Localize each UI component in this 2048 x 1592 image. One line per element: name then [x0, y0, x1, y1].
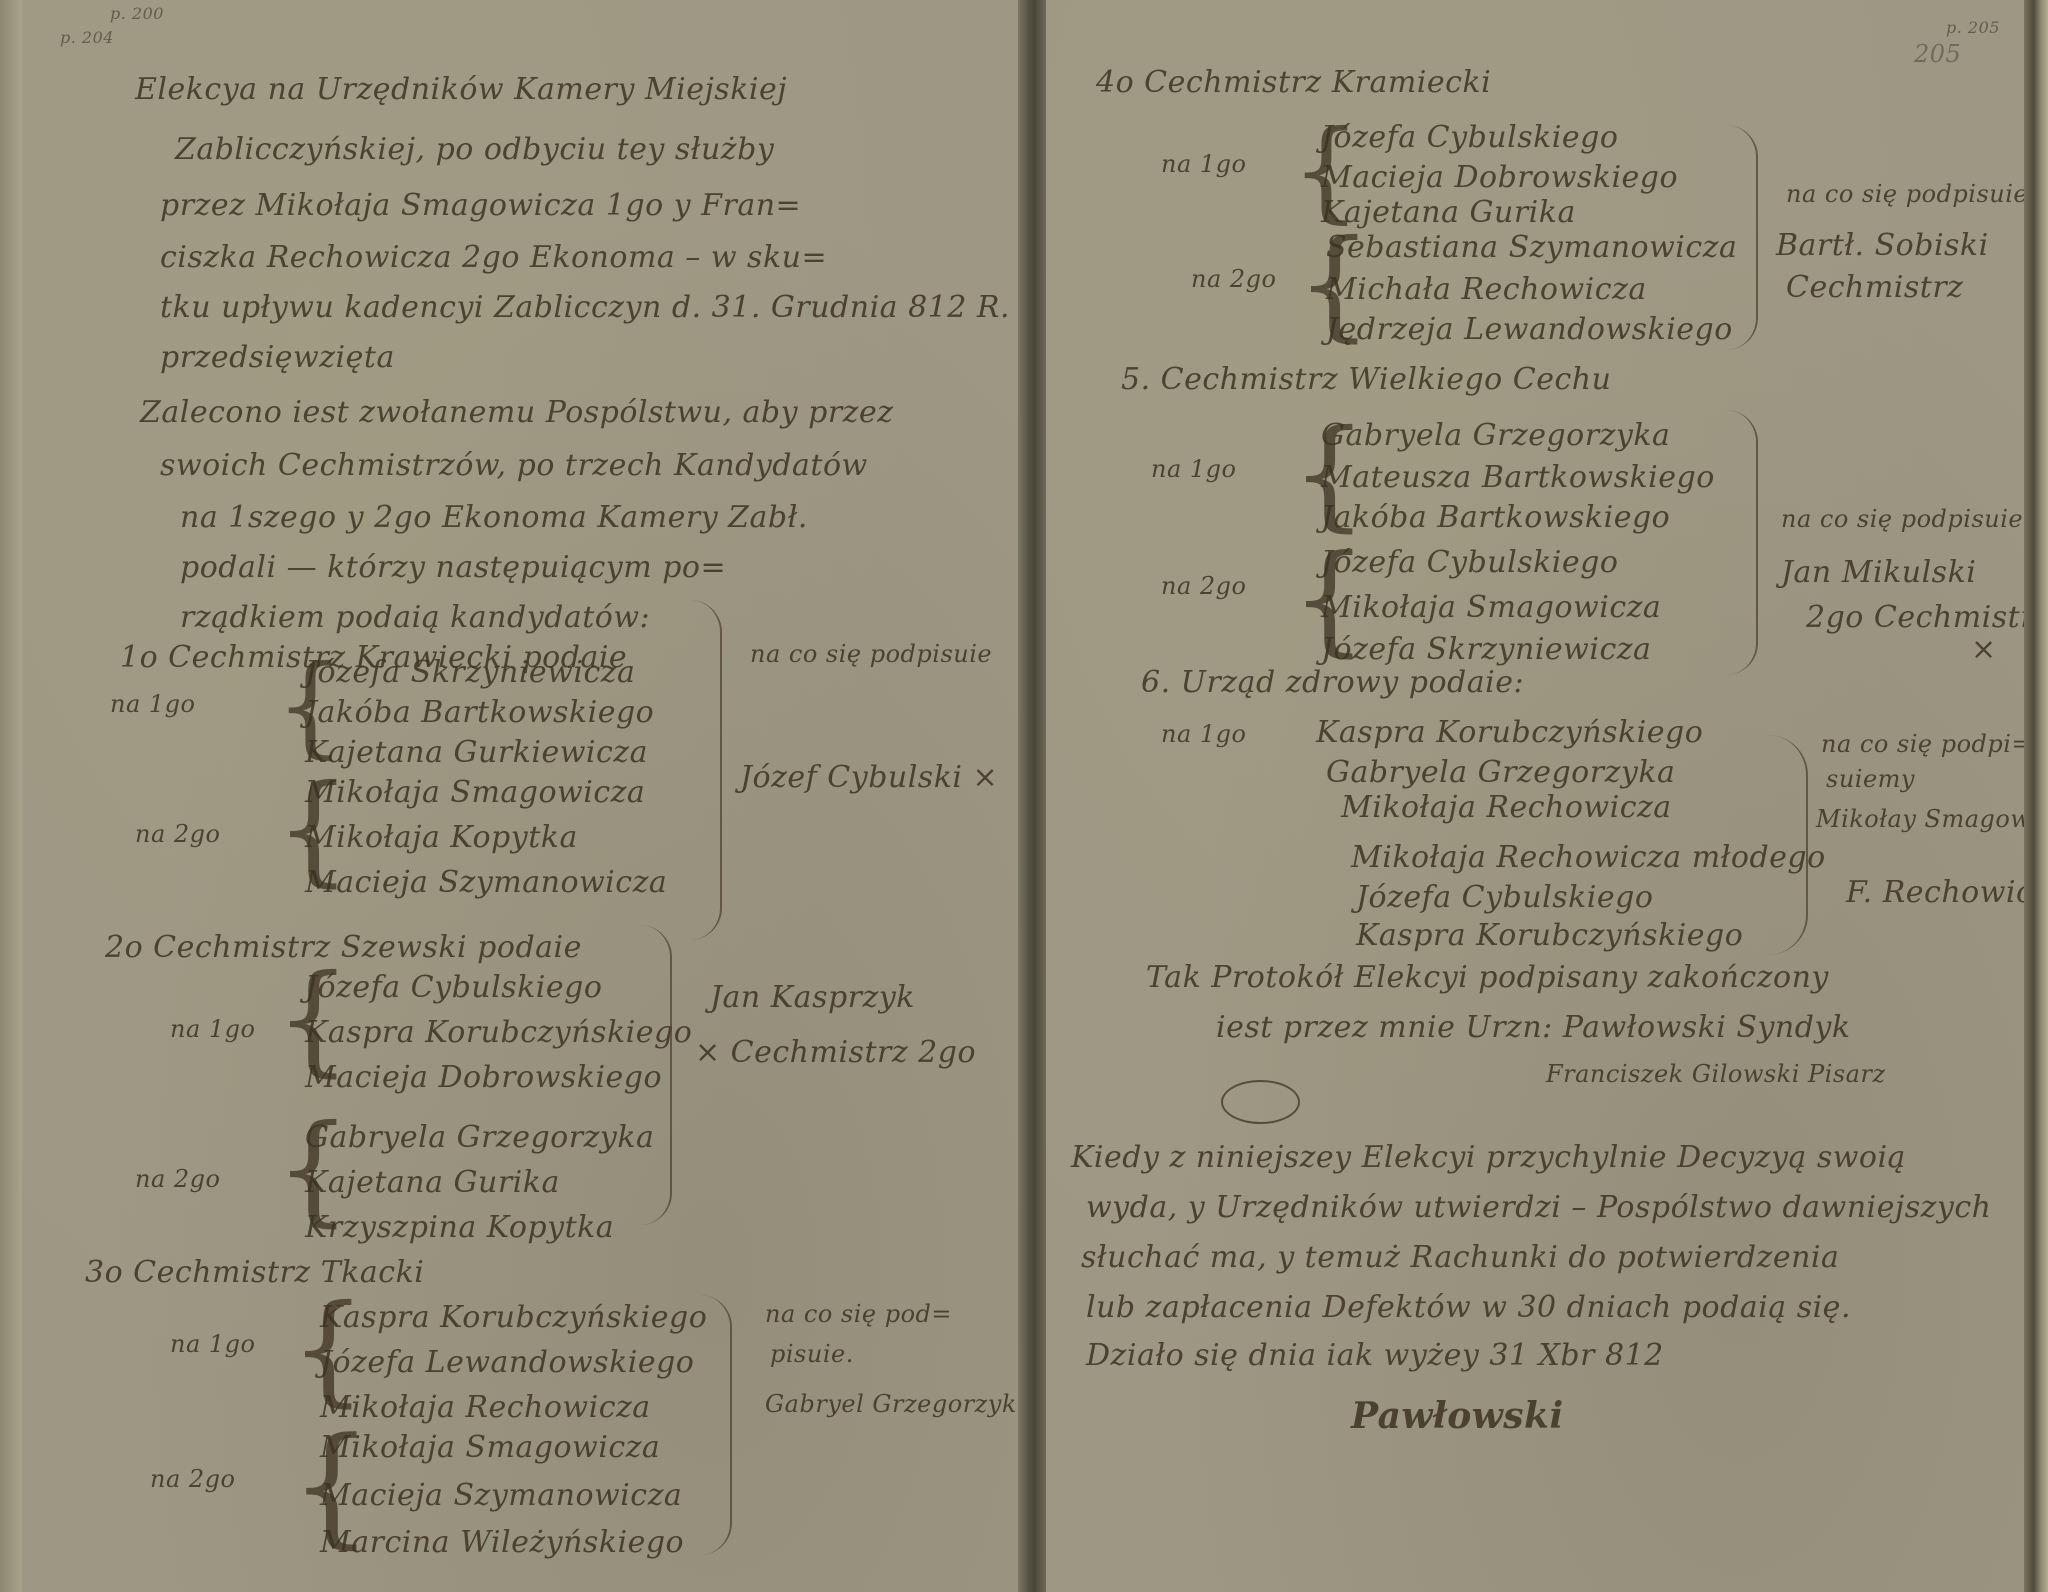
candidate-name: Sebastiana Szymanowicza — [1326, 230, 1737, 265]
candidate-name: Mikołaja Smagowicza — [305, 775, 645, 810]
bracket-right — [1766, 735, 1808, 955]
bracket-right — [690, 600, 722, 940]
candidate-name: Kaspra Korubczyńskiego — [1356, 918, 1743, 953]
signature-note: pisuie. — [770, 1340, 854, 1368]
candidate-name: Macieja Szymanowicza — [305, 865, 667, 900]
group-label: na 2go — [1161, 572, 1246, 600]
candidate-name: Józefa Skrzyniewicza — [1321, 632, 1651, 667]
candidate-name: Józefa Cybulskiego — [305, 970, 602, 1005]
candidate-name: Macieja Szymanowicza — [320, 1478, 682, 1513]
paragraph-line: na 1szego y 2go Ekonoma Kamery Zabł. — [180, 500, 808, 535]
signature: Jan Mikulski — [1781, 555, 1976, 590]
candidate-name: Kaspra Korubczyńskiego — [1316, 715, 1703, 750]
left-page: p. 200 p. 204 Elekcya na Urzędników Kame… — [0, 0, 1019, 1592]
candidate-name: Macieja Dobrowskiego — [1321, 160, 1678, 195]
group-label: na 1go — [1161, 720, 1246, 748]
signature: Jan Kasprzyk — [710, 980, 915, 1015]
left-page-edge — [0, 0, 22, 1592]
open-manuscript-book: p. 200 p. 204 Elekcya na Urzędników Kame… — [0, 0, 2048, 1592]
candidate-name: Józefa Cybulskiego — [1321, 120, 1618, 155]
final-paragraph-line: Kiedy z niniejszey Elekcyi przychylnie D… — [1071, 1140, 1906, 1175]
page-number: 205 — [1914, 40, 1961, 68]
flourish-mark — [1221, 1080, 1300, 1124]
closing-line: Tak Protokół Elekcyi podpisany zakończon… — [1146, 960, 1829, 995]
signature: Gabryel Grzegorzyk — [765, 1390, 1017, 1418]
candidate-name: Gabryela Grzegorzyka — [305, 1120, 654, 1155]
signature-note: suiemy — [1826, 765, 1915, 793]
signature-note: na co się pod= — [765, 1300, 952, 1328]
group-label: na 1go — [1151, 455, 1236, 483]
group-label: na 2go — [1191, 265, 1276, 293]
book-gutter — [1018, 0, 1046, 1592]
group-label: na 2go — [135, 820, 220, 848]
candidate-name: Józefa Lewandowskiego — [320, 1345, 694, 1380]
paragraph-line: Zalecono iest zwołanemu Pospólstwu, aby … — [140, 395, 894, 430]
candidate-name: Mikołaja Kopytka — [305, 820, 578, 855]
right-page-edge — [2024, 0, 2048, 1592]
candidate-name: Mikołaja Smagowicza — [320, 1430, 660, 1465]
page-mark: p. 204 — [60, 28, 114, 47]
heading-line: Elekcya na Urzędników Kamery Miejskiej — [135, 72, 787, 107]
signature-note: na co się podpi= — [1821, 730, 2032, 758]
candidate-name: Kaspra Korubczyńskiego — [305, 1015, 692, 1050]
heading-line: tku upływu kadencyi Zablicczyn d. 31. Gr… — [160, 290, 1010, 325]
candidate-name: Jakóba Bartkowskiego — [305, 695, 654, 730]
group-label: na 1go — [110, 690, 195, 718]
signature: Bartł. Sobiski — [1776, 228, 1989, 263]
candidate-name: Macieja Dobrowskiego — [305, 1060, 662, 1095]
closing-line: iest przez mnie Urzn: Pawłowski Syndyk — [1216, 1010, 1851, 1045]
candidate-name: Józefa Cybulskiego — [1356, 880, 1653, 915]
candidate-name: Michała Rechowicza — [1326, 272, 1647, 307]
page-mark: p. 200 — [110, 4, 164, 23]
bracket-right — [700, 1295, 732, 1555]
signature: Cechmistrz — [1786, 270, 1963, 305]
secretary-line: Franciszek Gilowski Pisarz — [1546, 1060, 1886, 1088]
section-title: 6. Urząd zdrowy podaie: — [1141, 665, 1524, 700]
bracket-right — [640, 925, 672, 1225]
signature-note: na co się podpisuie — [1781, 505, 2023, 533]
candidate-name: Kaspra Korubczyńskiego — [320, 1300, 707, 1335]
candidate-name: Jędrzeja Lewandowskiego — [1326, 312, 1733, 347]
candidate-name: Gabryela Grzegorzyka — [1321, 418, 1670, 453]
candidate-name: Gabryela Grzegorzyka — [1326, 755, 1675, 790]
heading-line: przedsięwzięta — [160, 340, 395, 375]
candidate-name: Józefa Cybulskiego — [1321, 545, 1618, 580]
final-paragraph-line: wyda, y Urzędników utwierdzi – Pospólstw… — [1086, 1190, 1991, 1225]
paragraph-line: podali — którzy następuiącym po= — [180, 550, 726, 585]
candidate-name: Mikołaja Rechowicza — [1341, 790, 1672, 825]
candidate-name: Marcina Wileżyńskiego — [320, 1525, 684, 1560]
section-title: 4o Cechmistrz Kramiecki — [1096, 65, 1491, 100]
final-paragraph-line: Działo się dnia iak wyżey 31 Xbr 812 — [1086, 1338, 1664, 1373]
heading-line: przez Mikołaja Smagowicza 1go y Fran= — [160, 188, 801, 223]
signature: × Cechmistrz 2go — [695, 1035, 976, 1070]
final-paragraph-line: lub zapłacenia Defektów w 30 dniach poda… — [1086, 1290, 1851, 1325]
page-mark: p. 205 — [1946, 18, 2000, 37]
signature: Józef Cybulski × — [740, 760, 998, 795]
signature: Mikołay Smagowicz — [1816, 805, 2048, 833]
group-label: na 2go — [150, 1465, 235, 1493]
signature-note: na co się podpisuie — [750, 640, 992, 668]
final-signature: Pawłowski — [1351, 1395, 1564, 1437]
candidate-name: Mikołaja Rechowicza młodego — [1351, 840, 1826, 875]
signature-note: na co się podpisuie — [1786, 180, 2028, 208]
group-label: na 1go — [1161, 150, 1246, 178]
bracket-right — [1726, 125, 1758, 350]
candidate-name: Jakóba Bartkowskiego — [1321, 500, 1670, 535]
section-title: 3o Cechmistrz Tkacki — [85, 1255, 424, 1290]
right-page: p. 205 205 4o Cechmistrz Kramiecki na 1g… — [1046, 0, 2036, 1592]
candidate-name: Kajetana Gurkiewicza — [305, 735, 648, 770]
group-label: na 1go — [170, 1015, 255, 1043]
heading-line: Zablicczyńskiej, po odbyciu tey służby — [175, 132, 774, 167]
candidate-name: Mateusza Bartkowskiego — [1321, 460, 1715, 495]
group-label: na 1go — [170, 1330, 255, 1358]
signature-mark: × — [1971, 632, 1997, 667]
candidate-name: Krzyszpina Kopytka — [305, 1210, 614, 1245]
heading-line: ciszka Rechowicza 2go Ekonoma – w sku= — [160, 240, 827, 275]
paragraph-line: swoich Cechmistrzów, po trzech Kandydató… — [160, 448, 868, 483]
candidate-name: Kajetana Gurika — [305, 1165, 560, 1200]
signature: 2go Cechmistrz — [1806, 600, 2048, 635]
group-label: na 2go — [135, 1165, 220, 1193]
candidate-name: Józefa Skrzyniewicza — [305, 655, 635, 690]
paragraph-line: rządkiem podaią kandydatów: — [180, 600, 650, 635]
candidate-name: Mikołaja Smagowicza — [1321, 590, 1661, 625]
section-title: 5. Cechmistrz Wielkiego Cechu — [1121, 362, 1611, 397]
signature: F. Rechowicz — [1846, 875, 2048, 910]
final-paragraph-line: słuchać ma, y temuż Rachunki do potwierd… — [1081, 1240, 1839, 1275]
bracket-right — [1726, 410, 1758, 675]
